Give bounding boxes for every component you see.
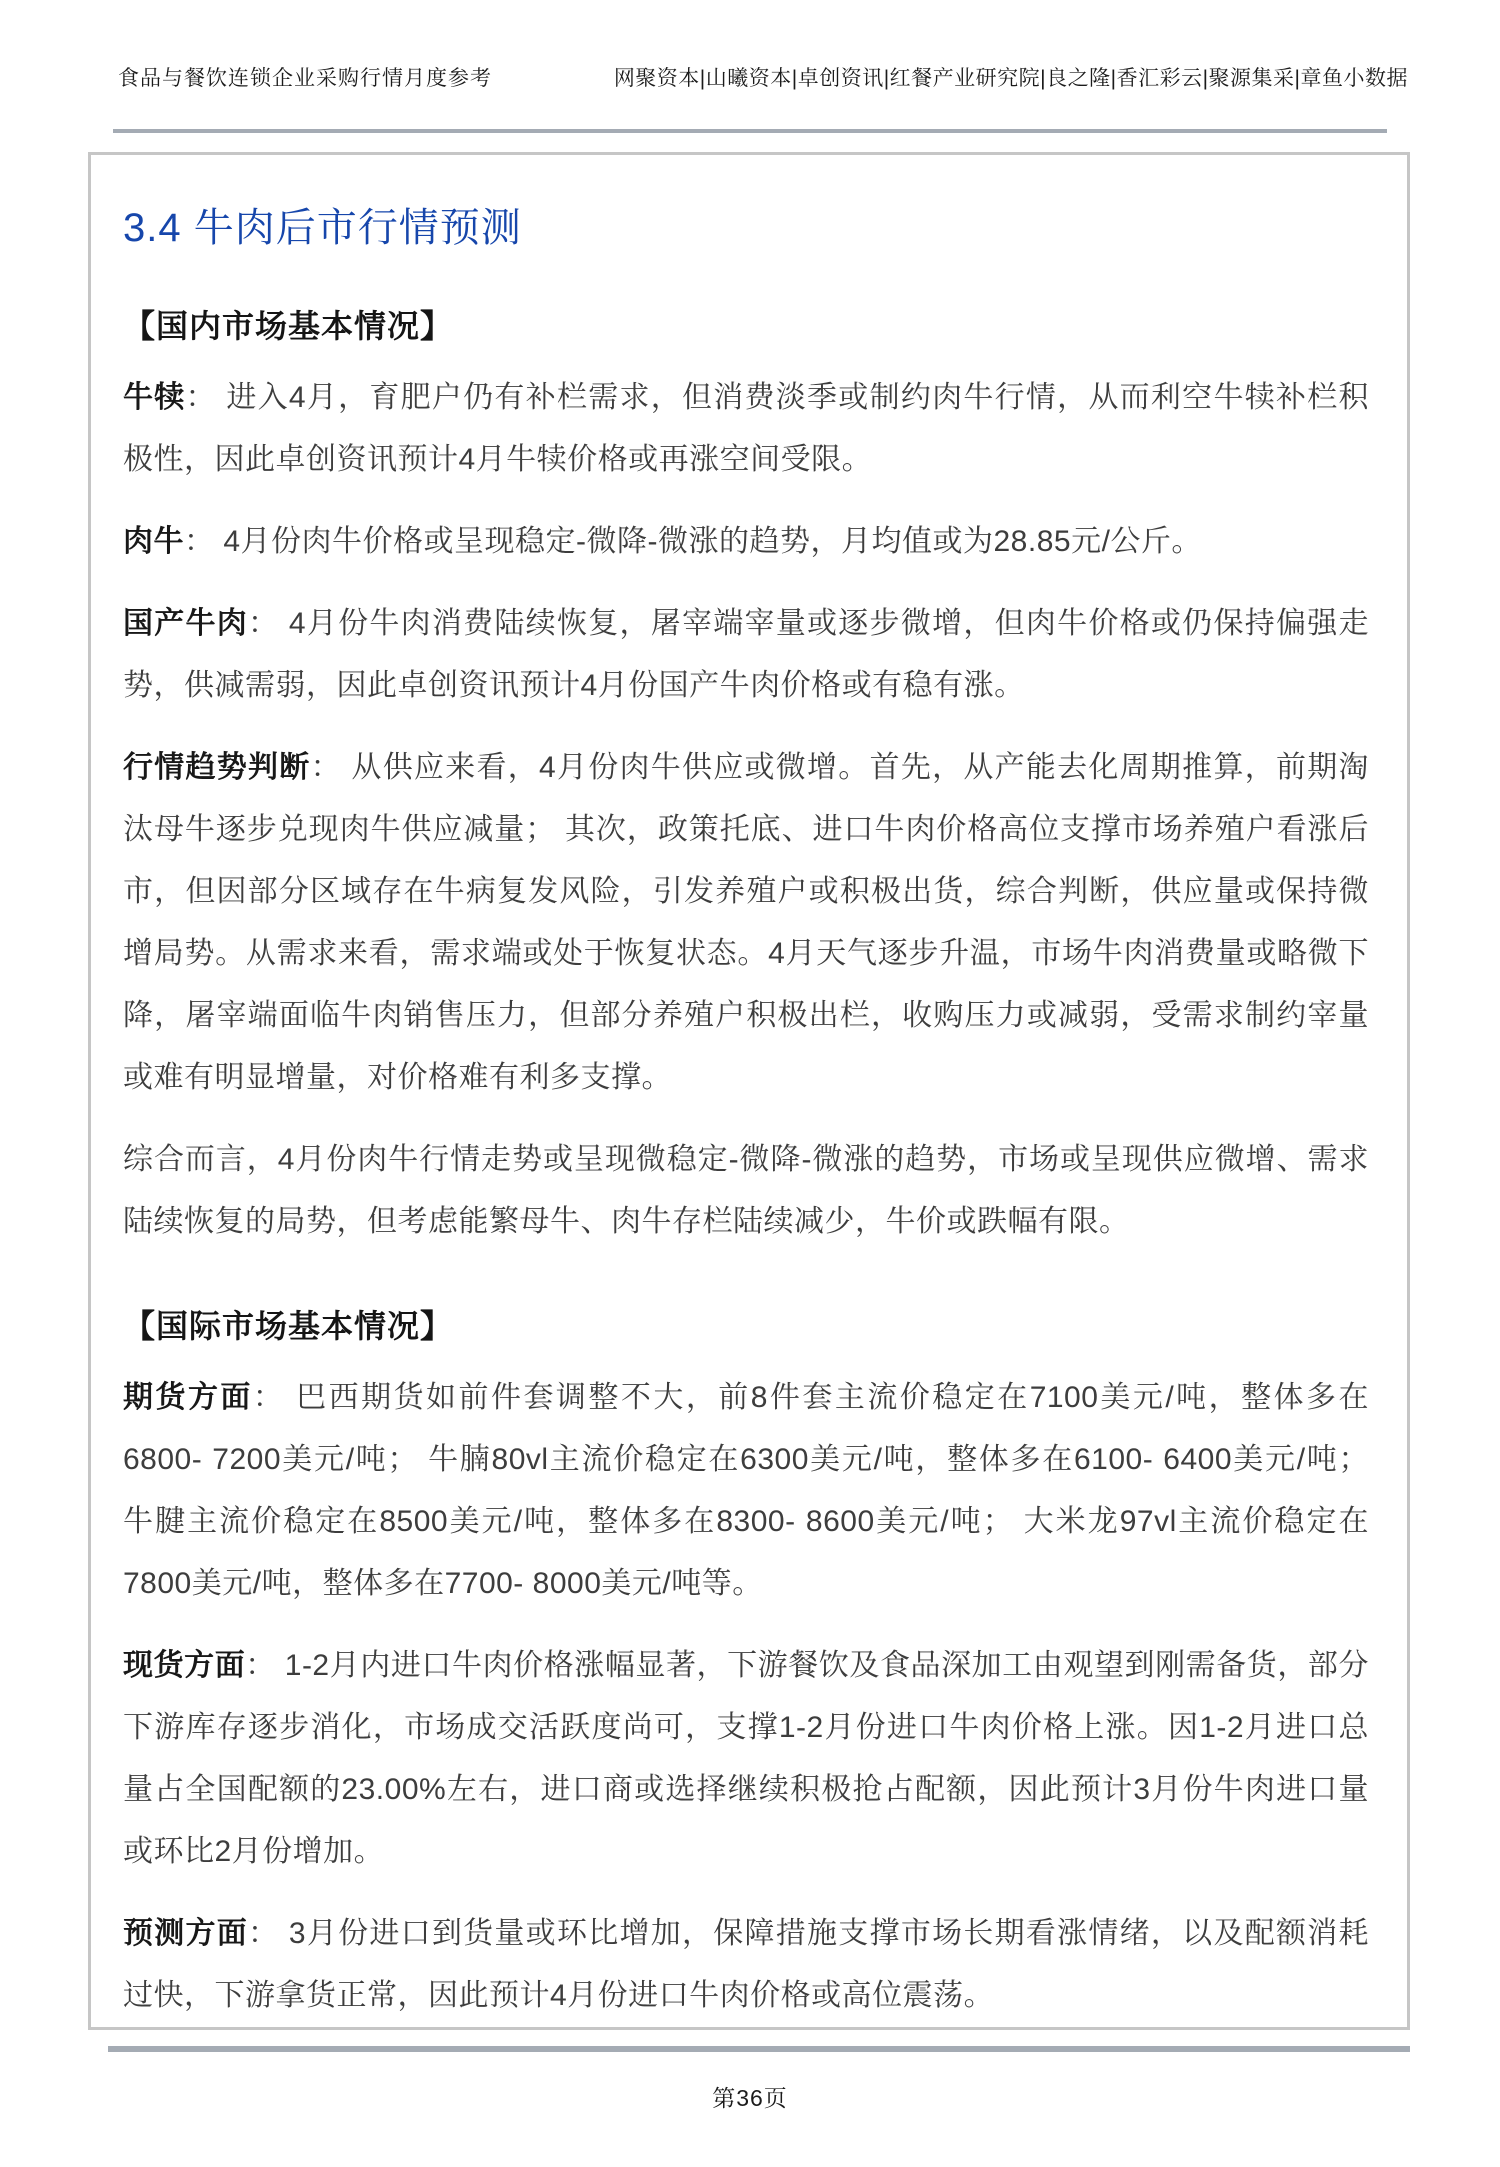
subsection-heading-domestic: 【国内市场基本情况】 — [123, 305, 1369, 347]
content-box: 3.4 牛肉后市行情预测 【国内市场基本情况】 牛犊： 进入4月，育肥户仍有补栏… — [88, 152, 1410, 2030]
subsection-heading-international: 【国际市场基本情况】 — [123, 1305, 1369, 1347]
paragraph-cattle-text: ： 4月份肉牛价格或呈现稳定-微降-微涨的趋势，月均值或为28.85元/公斤。 — [184, 525, 1202, 558]
paragraph-summary: 综合而言，4月份肉牛行情走势或呈现微稳定-微降-微涨的趋势，市场或呈现供应微增、… — [123, 1129, 1369, 1253]
report-page: { "header": { "left": "食品与餐饮连锁企业采购行情月度参考… — [0, 0, 1500, 2167]
header-report-name: 食品与餐饮连锁企业采购行情月度参考 — [118, 62, 492, 92]
paragraph-summary-text: 综合而言，4月份肉牛行情走势或呈现微稳定-微降-微涨的趋势，市场或呈现供应微增、… — [123, 1143, 1369, 1238]
paragraph-spot-lead: 现货方面 — [123, 1649, 245, 1682]
paragraph-domestic-beef-text: ： 4月份牛肉消费陆续恢复，屠宰端宰量或逐步微增，但肉牛价格或仍保持偏强走势，供… — [123, 607, 1369, 702]
paragraph-domestic-beef-lead: 国产牛肉 — [123, 607, 248, 640]
paragraph-futures-lead: 期货方面 — [123, 1381, 253, 1414]
paragraph-calf: 牛犊： 进入4月，育肥户仍有补栏需求，但消费淡季或制约肉牛行情，从而利空牛犊补栏… — [123, 367, 1369, 491]
footer-divider — [108, 2046, 1410, 2052]
header-divider — [113, 129, 1387, 133]
paragraph-cattle: 肉牛： 4月份肉牛价格或呈现稳定-微降-微涨的趋势，月均值或为28.85元/公斤… — [123, 511, 1369, 573]
paragraph-calf-text: ： 进入4月，育肥户仍有补栏需求，但消费淡季或制约肉牛行情，从而利空牛犊补栏积极… — [123, 381, 1369, 476]
paragraph-cattle-lead: 肉牛 — [123, 525, 184, 558]
paragraph-forecast-text: ： 3月份进口到货量或环比增加，保障措施支撑市场长期看涨情绪，以及配额消耗过快，… — [123, 1917, 1369, 2012]
paragraph-domestic-beef: 国产牛肉： 4月份牛肉消费陆续恢复，屠宰端宰量或逐步微增，但肉牛价格或仍保持偏强… — [123, 593, 1369, 717]
paragraph-calf-lead: 牛犊 — [123, 381, 186, 414]
paragraph-trend-judgement-lead: 行情趋势判断 — [123, 751, 311, 784]
paragraph-futures-text: ： 巴西期货如前件套调整不大，前8件套主流价稳定在7100美元/吨，整体多在68… — [123, 1381, 1369, 1600]
page-footer: 第36页 — [0, 2080, 1500, 2113]
page-header: 食品与餐饮连锁企业采购行情月度参考 网聚资本|山曦资本|卓创资讯|红餐产业研究院… — [118, 62, 1408, 92]
paragraph-spot: 现货方面： 1-2月内进口牛肉价格涨幅显著，下游餐饮及食品深加工由观望到刚需备货… — [123, 1635, 1369, 1883]
page-number: 第36页 — [712, 2085, 788, 2111]
paragraph-futures: 期货方面： 巴西期货如前件套调整不大，前8件套主流价稳定在7100美元/吨，整体… — [123, 1367, 1369, 1615]
paragraph-trend-judgement-text: ： 从供应来看，4月份肉牛供应或微增。首先，从产能去化周期推算，前期淘汰母牛逐步… — [123, 751, 1369, 1094]
paragraph-forecast-lead: 预测方面 — [123, 1917, 248, 1950]
paragraph-forecast: 预测方面： 3月份进口到货量或环比增加，保障措施支撑市场长期看涨情绪，以及配额消… — [123, 1903, 1369, 2027]
header-brand-list: 网聚资本|山曦资本|卓创资讯|红餐产业研究院|良之隆|香汇彩云|聚源集采|章鱼小… — [614, 62, 1408, 92]
paragraph-spot-text: ： 1-2月内进口牛肉价格涨幅显著，下游餐饮及食品深加工由观望到刚需备货，部分下… — [123, 1649, 1369, 1868]
paragraph-trend-judgement: 行情趋势判断： 从供应来看，4月份肉牛供应或微增。首先，从产能去化周期推算，前期… — [123, 737, 1369, 1109]
section-title: 3.4 牛肉后市行情预测 — [123, 203, 1369, 253]
